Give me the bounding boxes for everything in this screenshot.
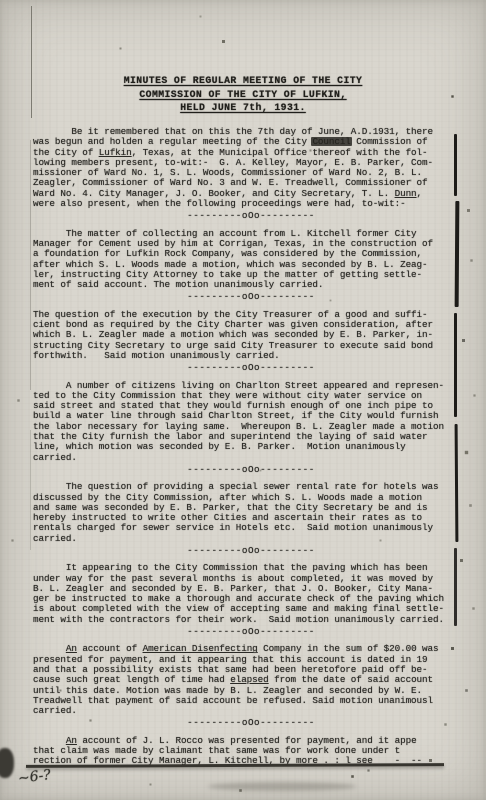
section-divider: ---------oOo---------: [33, 627, 469, 637]
text-line: were also present, when the following pr…: [33, 199, 469, 209]
paragraph: An account of American Disenfecting Comp…: [33, 644, 469, 716]
scanned-document-page: MINUTES OF REGULAR MEETING OF THE CITY C…: [0, 0, 486, 800]
underlined-text: Lufkin: [99, 147, 132, 158]
document-body: Be it remembered that on this the 7th da…: [33, 127, 469, 767]
underlined-text: American Disenfecting: [143, 643, 258, 654]
section-divider: ---------oOo---------: [33, 292, 469, 302]
paragraph: The question of the execution by the Cit…: [33, 310, 469, 361]
underlined-text: An: [66, 643, 77, 654]
title-line: HELD JUNE 7th, 1931.: [0, 101, 486, 115]
paragraph: The question of providing a special sewe…: [33, 482, 469, 544]
section-divider: ---------oOo---------: [33, 465, 469, 475]
underlined-text: elapsed: [230, 674, 268, 685]
struck-out-word: Council: [312, 136, 350, 147]
handwritten-scribble: ~6-?: [17, 767, 52, 787]
text-line: carried.: [33, 706, 469, 716]
text-line: carried.: [33, 453, 469, 463]
section-divider: ---------oOo---------: [33, 546, 469, 556]
text-line: ment with the contractors for their work…: [33, 615, 469, 625]
section-divider: ---------oOo---------: [33, 211, 469, 221]
paragraph: It appearing to the City Commission that…: [33, 563, 469, 625]
paragraph: Be it remembered that on this the 7th da…: [33, 127, 469, 209]
text-line: ment of said account. The motion unanimo…: [33, 280, 469, 290]
document-title: MINUTES OF REGULAR MEETING OF THE CITY C…: [0, 74, 486, 115]
ink-blob: [0, 748, 14, 778]
section-divider: ---------oOo---------: [33, 363, 469, 373]
title-line: MINUTES OF REGULAR MEETING OF THE CITY: [0, 74, 486, 88]
paragraph: A number of citizens living on Charlton …: [33, 381, 469, 463]
text-line: forthwith. Said motion unanimously carri…: [33, 351, 469, 361]
scan-artifact-left-line: [30, 430, 31, 550]
smudge: [208, 782, 356, 791]
text-line: rentals charged for sewer service in Hot…: [33, 523, 469, 533]
text-line: rection of former City Manager, L. Kitch…: [33, 756, 469, 766]
text-line: line, which motion was seconded by E. B.…: [33, 442, 469, 452]
text-line: cause such great length of time had elap…: [33, 675, 469, 685]
text-line: Treadwell that payment of said account b…: [33, 696, 469, 706]
text-line: carried.: [33, 534, 469, 544]
paragraph: The matter of collecting an account from…: [33, 229, 469, 291]
section-divider: ---------oOo---------: [33, 718, 469, 728]
title-line: COMMISSION OF THE CITY OF LUFKIN,: [0, 88, 486, 102]
scan-artifact-left-line: [30, 140, 31, 390]
scan-noise-speckles: [0, 0, 1, 1]
text-line: The question of providing a special sewe…: [33, 482, 469, 492]
paragraph: An account of J. L. Rocco was presented …: [33, 736, 469, 767]
